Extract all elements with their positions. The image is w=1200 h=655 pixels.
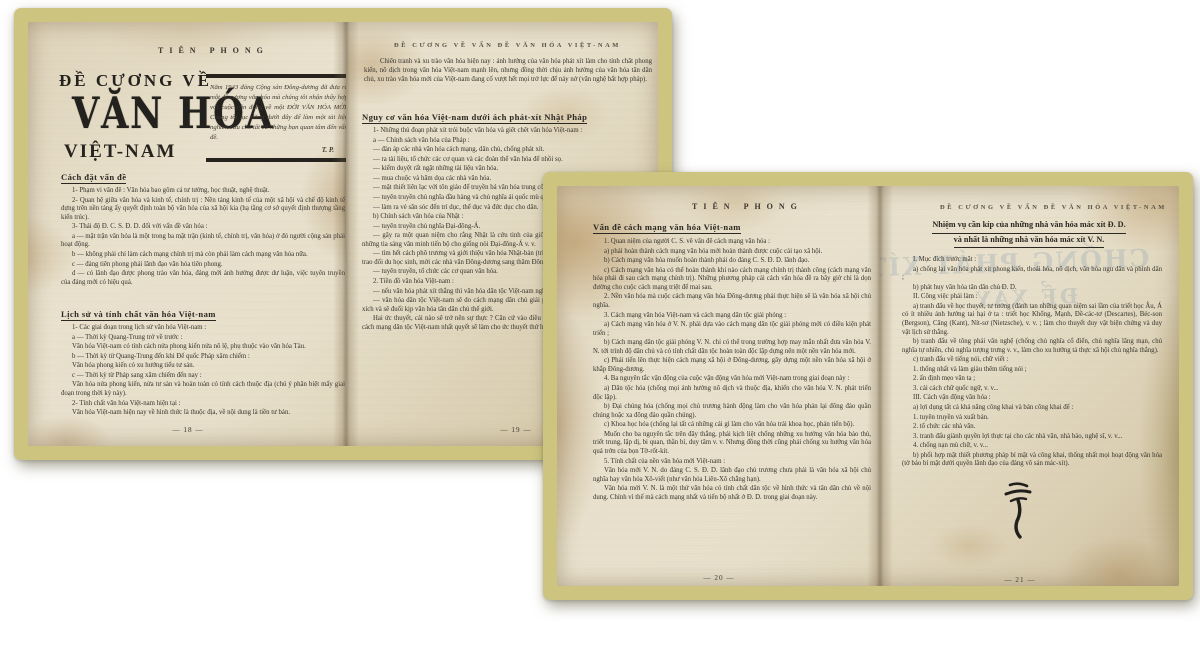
photo-frame-spread-2: TIÊN PHONG Vấn đề cách mạng văn hóa Việt… [543, 172, 1193, 600]
document-title-line3: VIỆT-NAM [64, 141, 176, 163]
paragraph: 4. Ba nguyên tắc vận động của cuộc vận đ… [593, 375, 871, 384]
paragraph: 3. cải cách chữ quốc ngữ, v. v... [902, 385, 1162, 394]
paragraph: III. Cách vận động văn hóa : [902, 394, 1162, 403]
editor-note-signature: T. P. [210, 145, 346, 156]
paragraph: c — Thời kỳ từ Pháp sang xâm chiếm đến n… [61, 372, 345, 381]
paragraph: a — mặt trận văn hóa là một trong ba mặt… [61, 233, 345, 250]
paragraph: c — đảng tiên phong phải lãnh đạo văn hó… [61, 261, 345, 270]
paragraph: Chiến tranh và xu trào văn hóa hiện nay … [364, 58, 652, 84]
paragraph: 5. Tính chất của nền văn hóa mới Việt-na… [593, 458, 871, 467]
paragraph: 3- Thái độ Đ. C. S. Đ. D. đối với vấn đề… [61, 223, 345, 232]
paragraph: b) Cách mạng dân tộc giải phóng V. N. ch… [593, 339, 871, 356]
paragraph: 2- Quan hệ giữa văn hóa và kinh tế, chín… [61, 197, 345, 223]
section-heading-lich-su: Lịch sử và tính chất văn hóa Việt-nam [61, 309, 216, 321]
paragraph: — đàn áp các nhà văn hóa cách mạng, dân … [362, 146, 652, 155]
page18-section1-text: 1- Phạm vi vấn đề : Văn hóa bao gồm cả t… [61, 187, 345, 305]
page-number-21: — 21 — [970, 576, 1070, 584]
page-number-18: — 18 — [138, 426, 238, 434]
running-head-page-21: ĐỀ CƯƠNG VỀ VẤN ĐỀ VĂN HÓA VIỆT-NAM [940, 204, 1167, 211]
page-18: TIÊN PHONG ĐỀ CƯƠNG VỀ VĂN HÓA VIỆT-NAM … [28, 22, 346, 446]
paragraph: 1. Quan niệm của người C. S. về vấn đề c… [593, 238, 871, 247]
paragraph: a) chống lại văn hóa phát xít phong kiến… [902, 266, 1162, 283]
page21-section-text: I. Mục đích trước mắt :a) chống lại văn … [902, 256, 1162, 478]
end-mark-flourish-icon [1002, 480, 1034, 542]
section-heading-nguy-co: Nguy cơ văn hóa Việt-nam dưới ách phát-x… [362, 112, 587, 124]
paragraph: 2- Tính chất văn hóa Việt-nam hiện tại : [61, 400, 345, 409]
paragraph: Văn hóa phong kiến có xu hướng tiểu tư s… [61, 362, 345, 371]
running-head-page-19: ĐỀ CƯƠNG VỀ VẤN ĐỀ VĂN HÓA VIỆT-NAM [394, 42, 621, 49]
editor-note-box: Năm 1943 đảng Cộng sản Đông-dương đã đưa… [206, 74, 346, 162]
heading-line-1: Nhiệm vụ cần kíp của những nhà văn hóa m… [932, 219, 1125, 234]
paragraph: b) phối hợp mật thiết phương pháp bí mật… [902, 452, 1162, 469]
paragraph: 1. thống nhất và làm giàu thêm tiếng nói… [902, 366, 1162, 375]
scan-photo-spread-2: TIÊN PHONG Vấn đề cách mạng văn hóa Việt… [557, 186, 1179, 586]
paragraph: Văn hóa mới V. N. do đảng C. S. Đ. D. lã… [593, 467, 871, 484]
paragraph: b) Đại chúng hóa (chống mọi chủ trương h… [593, 403, 871, 420]
paragraph: a — Chính sách văn hóa của Pháp : [362, 137, 652, 146]
paragraph: 1- Phạm vi vấn đề : Văn hóa bao gồm cả t… [61, 187, 345, 196]
page20-section-text: 1. Quan niệm của người C. S. về vấn đề c… [593, 238, 871, 568]
paragraph: b — không phải chỉ làm cách mạng chính t… [61, 251, 345, 260]
paragraph: II. Công việc phải làm : [902, 293, 1162, 302]
paragraph: a — Thời kỳ Quang-Trung trở về trước : [61, 334, 345, 343]
paragraph: 1- Những thủ đoạn phát xít trói buộc văn… [362, 127, 652, 136]
page18-section2-text: 1- Các giai đoạn trong lịch sử văn hóa V… [61, 324, 345, 420]
editor-note-text: Năm 1943 đảng Cộng sản Đông-dương đã đưa… [210, 84, 346, 141]
paragraph: 1- Các giai đoạn trong lịch sử văn hóa V… [61, 324, 345, 333]
paragraph: a) tranh đấu về học thuyết, tư tưởng (đá… [902, 303, 1162, 337]
screenshot-root: { "colors": { "frame": "#cdc57f", "paper… [0, 0, 1200, 655]
masthead-tien-phong: TIÊN PHONG [158, 46, 269, 55]
paragraph: a) Cách mạng văn hóa ở V. N. phải dựa và… [593, 321, 871, 338]
section-heading-van-de-cach-mang: Vấn đề cách mạng văn hóa Việt-nam [593, 222, 741, 234]
heading-line-2: và nhất là những nhà văn hóa mác xít V. … [954, 234, 1105, 249]
paragraph: d — có lãnh đạo được phong trào văn hóa,… [61, 270, 345, 287]
paragraph: 2. tổ chức các nhà văn. [902, 423, 1162, 432]
paragraph: 4. chống nạn mù chữ, v. v... [902, 442, 1162, 451]
paragraph: c) tranh đấu về tiếng nói, chữ viết : [902, 356, 1162, 365]
paragraph: 1. tuyên truyền và xuất bản. [902, 414, 1162, 423]
paragraph: Văn hóa Việt-nam hiện nay về hình thức l… [61, 409, 345, 418]
page-21: ĐỀ CƯƠNG VỀ VẤN ĐỀ VĂN HÓA VIỆT-NAM CHỐN… [880, 186, 1179, 586]
paragraph: b) phát huy văn hóa tân dân chủ Đ. D. [902, 284, 1162, 293]
paragraph: b — Thời kỳ từ Quang-Trung đến khi Đế qu… [61, 353, 345, 362]
paragraph: a) Dân tộc hóa (chống mọi ảnh hưởng nô d… [593, 385, 871, 402]
paragraph: c) Cách mạng văn hóa có thể hoàn thành k… [593, 267, 871, 293]
page-number-20: — 20 — [669, 574, 769, 582]
paragraph: a) lợi dụng tất cả khả năng công khai và… [902, 404, 1162, 413]
page-20: TIÊN PHONG Vấn đề cách mạng văn hóa Việt… [557, 186, 880, 586]
paragraph: I. Mục đích trước mắt : [902, 256, 1162, 265]
paragraph: a) phải hoàn thành cách mạng văn hóa mới… [593, 248, 871, 257]
paragraph: b) tranh đấu về tông phái văn nghệ (chốn… [902, 338, 1162, 355]
paragraph: c) Khoa học hóa (chống lại tất cả những … [593, 421, 871, 430]
paragraph: Văn hóa mới V. N. là một thứ văn hóa có … [593, 485, 871, 502]
paragraph: Muốn cho ba nguyên tắc trên đây thắng, p… [593, 431, 871, 457]
paragraph: Văn hóa Việt-nam có tính cách nửa phong … [61, 343, 345, 352]
paragraph: — ra tài liệu, tổ chức các cơ quan và cá… [362, 156, 652, 165]
paragraph: 2. Nền văn hóa mà cuộc cách mạng văn hóa… [593, 293, 871, 310]
section-heading-nhiem-vu: Nhiệm vụ cần kíp của những nhà văn hóa m… [890, 219, 1168, 248]
paragraph: 3. tranh đấu giành quyền lợi thực tại ch… [902, 433, 1162, 442]
paragraph: b) Cách mạng văn hóa muốn hoàn thành phả… [593, 257, 871, 266]
paragraph: c) Phải tiến lên thực hiện cách mạng xã … [593, 357, 871, 374]
masthead-tien-phong: TIÊN PHONG [692, 202, 803, 211]
paragraph: Văn hóa nửa phong kiến, nửa tư sản và ho… [61, 381, 345, 398]
section-heading-cach-dat-van-de: Cách đặt vấn đề [61, 172, 126, 184]
paragraph: 3. Cách mạng văn hóa Việt-nam và cách mạ… [593, 312, 871, 321]
paragraph: 2. ấn định mẹo văn ta ; [902, 375, 1162, 384]
page19-intro: Chiến tranh và xu trào văn hóa hiện nay … [364, 58, 652, 108]
